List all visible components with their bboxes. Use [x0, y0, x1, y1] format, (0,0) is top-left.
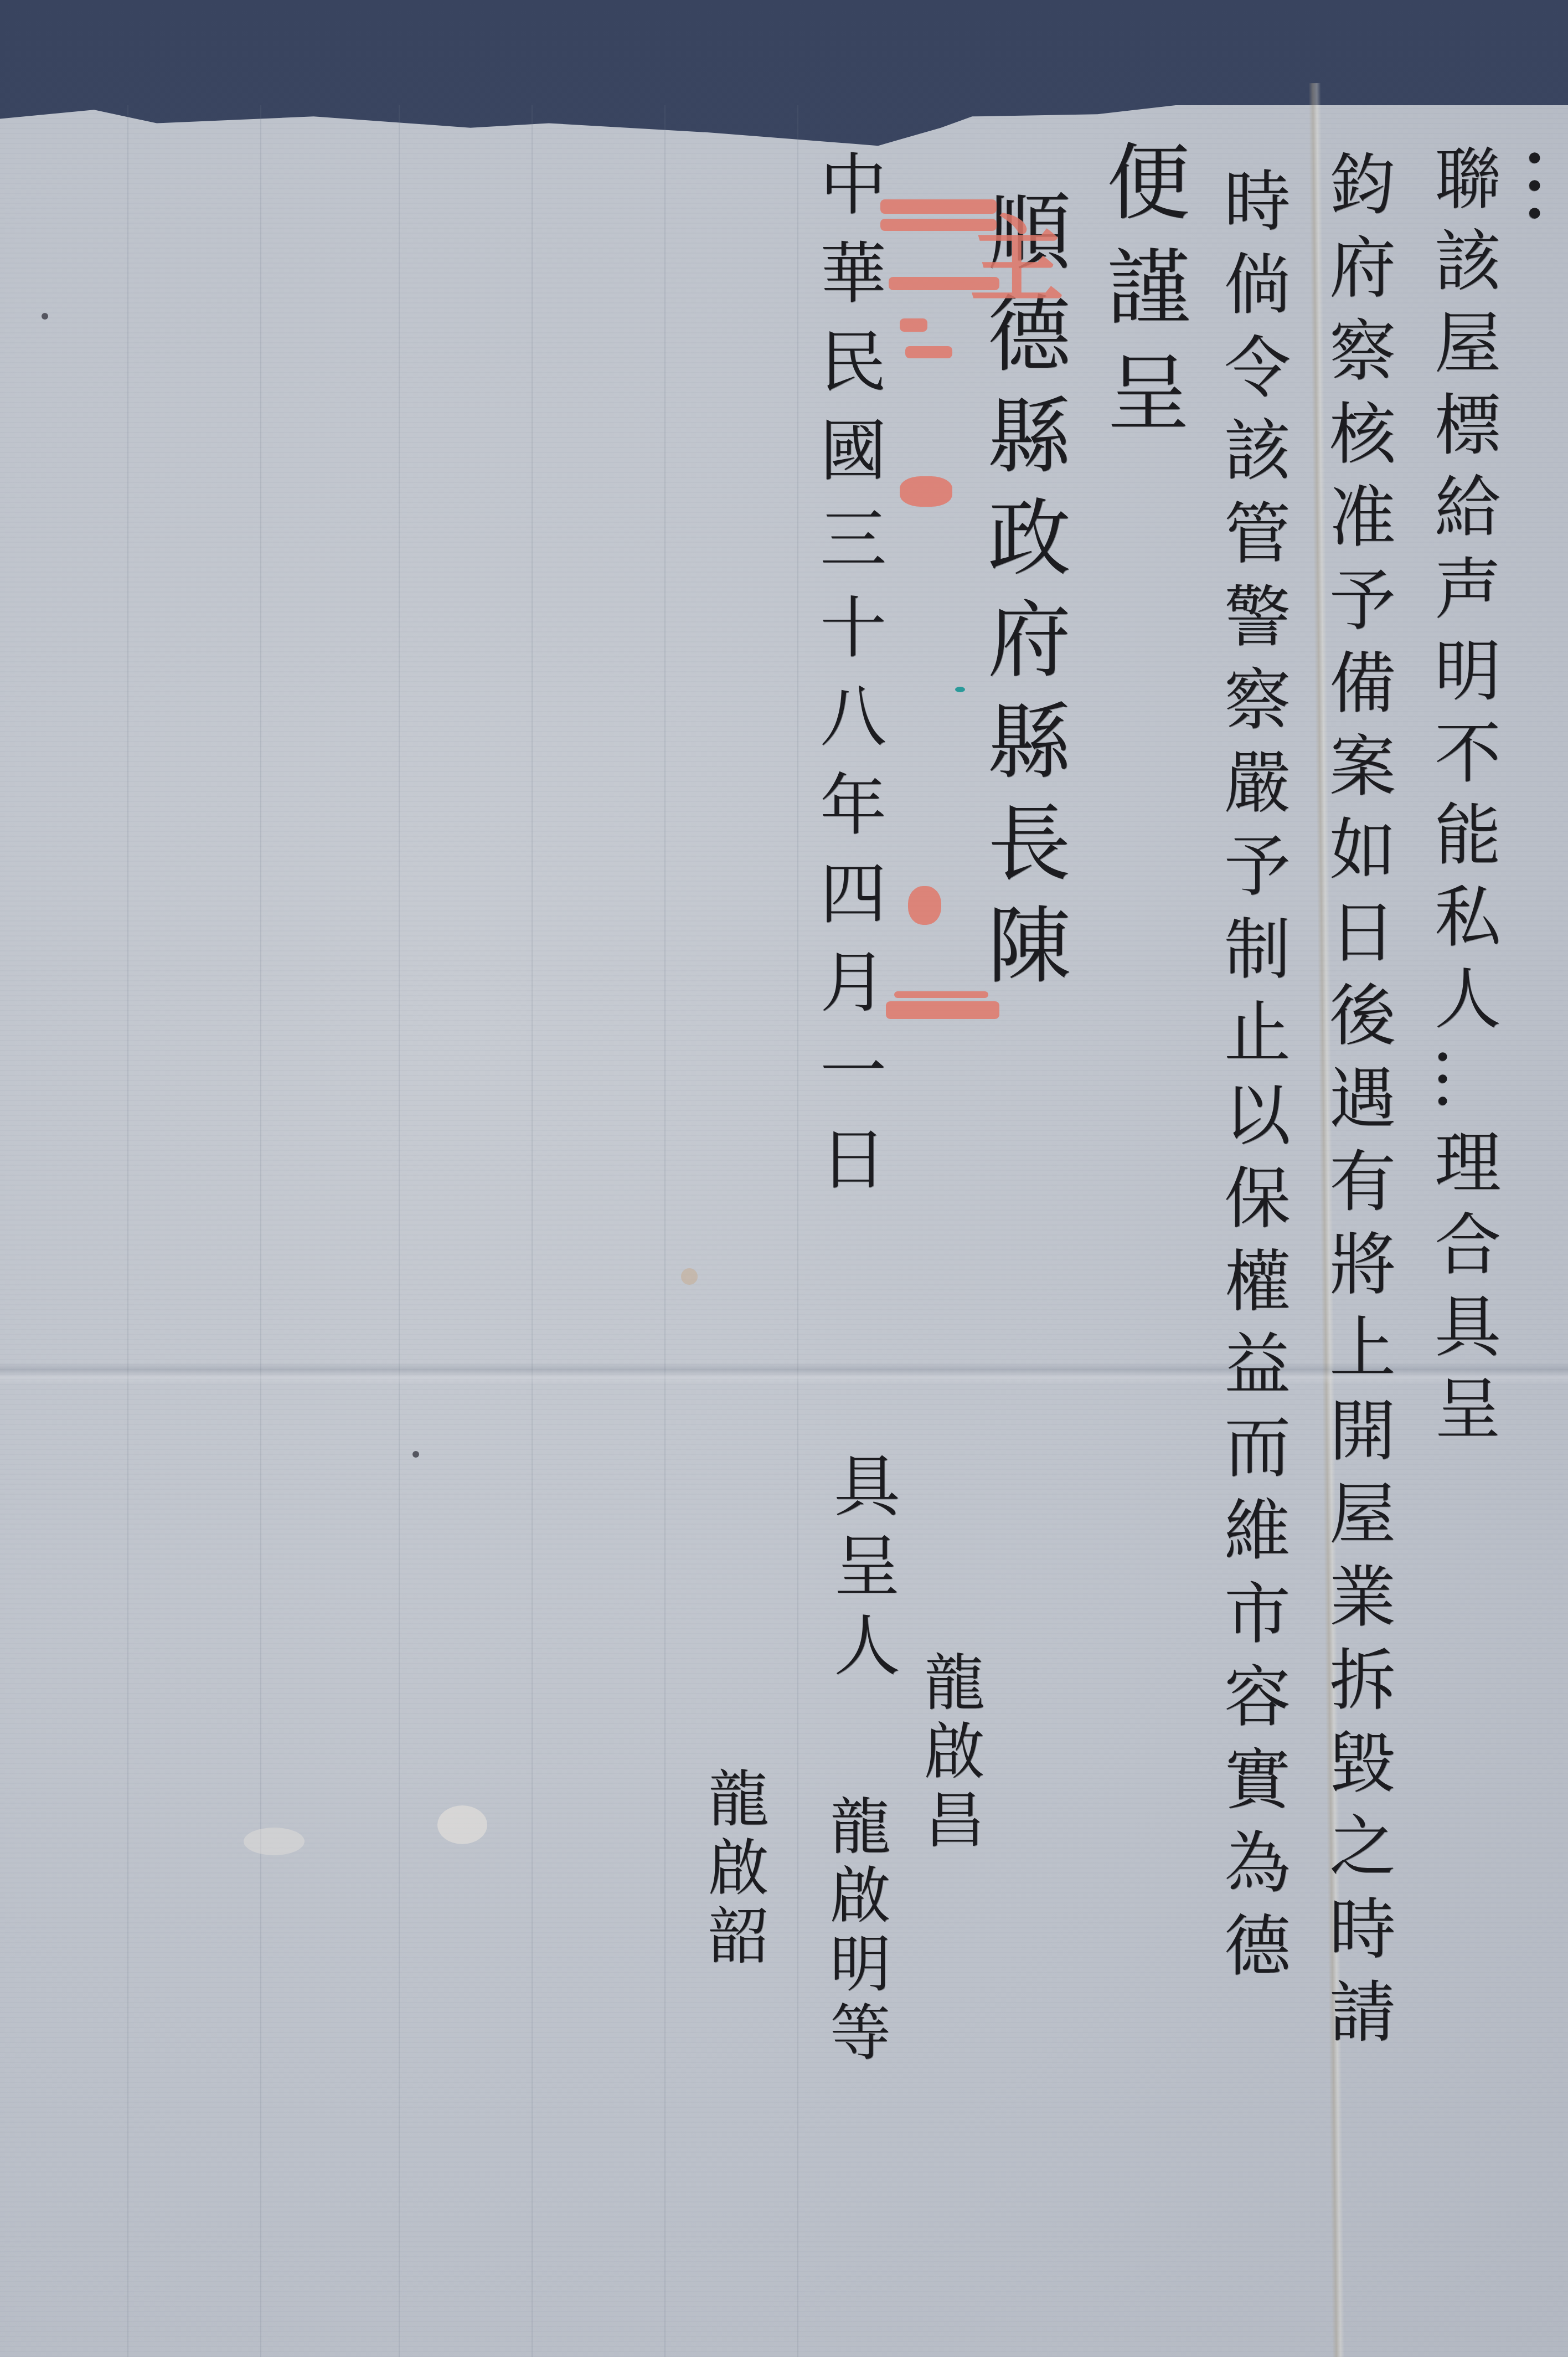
column-rule — [399, 105, 400, 2357]
paper-stain — [244, 1828, 305, 1855]
column-rule — [797, 105, 798, 2357]
column-rule — [664, 105, 666, 2357]
red-glyph: 主 — [941, 210, 1077, 305]
signature-name-1: 龍啟昌 — [919, 1650, 980, 1856]
red-mark-day-2 — [886, 1001, 999, 1019]
text-column-3: 鈞府察核准予備案如日後遇有將上開屋業拆毀之時請 — [1323, 150, 1390, 2060]
red-bracket-bottom — [889, 277, 999, 290]
ink-speck — [412, 1451, 419, 1458]
red-mark-month — [908, 886, 941, 925]
signature-name-2: 龍啟明等 — [825, 1794, 886, 2069]
text-column-4: 時倘令該管警察嚴予制止以保權益而維市容實為德 — [1218, 166, 1285, 1994]
teal-fleck — [955, 687, 965, 692]
date-column: 中華民國三十八年四月一日 — [814, 150, 880, 1213]
red-dot-1 — [900, 318, 927, 332]
red-dot-2 — [905, 346, 952, 358]
ink-speck — [42, 313, 48, 320]
text-column-1: … — [1517, 144, 1568, 237]
red-mark-year — [900, 476, 952, 507]
signature-name-3: 龍啟韶 — [703, 1767, 764, 1973]
column-rule — [532, 105, 533, 2357]
paper-fleck — [681, 1268, 698, 1285]
text-column-5: 便謹呈 — [1099, 138, 1182, 454]
text-column-2: 聯該屋標給声明不能私人…理合具呈 — [1428, 144, 1495, 1455]
paper-stain — [437, 1805, 487, 1844]
petitioner-label: 具呈人 — [828, 1451, 894, 1690]
red-mark-day-1 — [894, 991, 988, 998]
column-rule — [127, 105, 128, 2357]
column-rule — [260, 105, 261, 2357]
text-column-6: 順德縣政府縣長陳 — [980, 188, 1063, 1003]
